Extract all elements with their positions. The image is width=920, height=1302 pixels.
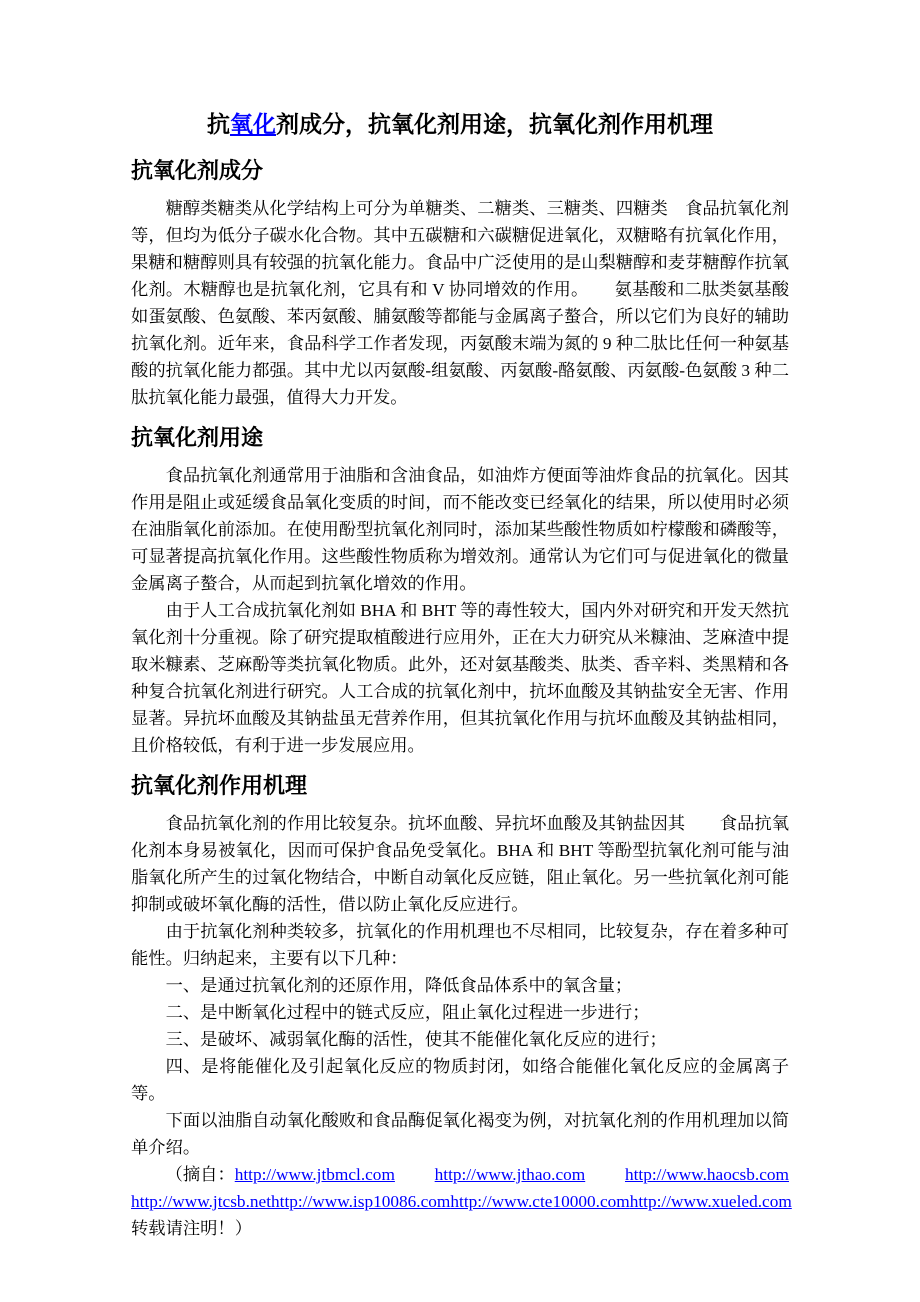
paragraph-mechanism-closing: 下面以油脂自动氧化酸败和食品酶促氧化褐变为例，对抗氧化剂的作用机理加以简单介绍。 [131,1107,789,1161]
list-item-3: 三、是破坏、减弱氧化酶的活性，使其不能催化氧化反应的进行； [131,1026,789,1053]
list-item-4: 四、是将能催化及引起氧化反应的物质封闭，如络合能催化氧化反应的金属离子等。 [131,1053,789,1107]
citation-link-cte10000[interactable]: http://www.cte10000.com [450,1188,629,1215]
citation-suffix: 转载请注明！） [131,1215,789,1242]
citation-link-haocsb[interactable]: http://www.haocsb.com [625,1161,789,1188]
citation-link-xueled[interactable]: http://www.xueled.com [630,1188,792,1215]
citation-prefix-group: （摘自：http://www.jtbmcl.com [131,1161,395,1188]
paragraph-mechanism-2: 由于抗氧化剂种类较多，抗氧化的作用机理也不尽相同，比较复杂，存在着多种可能性。归… [131,918,789,972]
citation-link-jtbmcl[interactable]: http://www.jtbmcl.com [235,1165,395,1184]
paragraph-mechanism-1: 食品抗氧化剂的作用比较复杂。抗坏血酸、异抗坏血酸及其钠盐因其 食品抗氧化剂本身易… [131,810,789,918]
citation-line-2: http://www.jtcsb.net http://www.isp10086… [131,1188,789,1215]
title-suffix: 剂成分，抗氧化剂用途，抗氧化剂作用机理 [276,112,713,137]
citation-link-isp10086[interactable]: http://www.isp10086.com [271,1188,450,1215]
paragraph-uses-1: 食品抗氧化剂通常用于油脂和含油食品，如油炸方便面等油炸食品的抗氧化。因其作用是阻… [131,462,789,597]
title-hyperlink-oxidation[interactable]: 氧化 [230,112,276,137]
citation-link-jtcsb[interactable]: http://www.jtcsb.net [131,1188,271,1215]
section-heading-composition: 抗氧化剂成分 [131,156,789,186]
document-content: 抗氧化剂成分，抗氧化剂用途，抗氧化剂作用机理 抗氧化剂成分 糖醇类糖类从化学结构… [131,106,789,1242]
paragraph-composition-1: 糖醇类糖类从化学结构上可分为单糖类、二糖类、三糖类、四糖类 食品抗氧化剂等，但均… [131,195,789,411]
citation-link-jthao[interactable]: http://www.jthao.com [435,1161,586,1188]
list-item-2: 二、是中断氧化过程中的链式反应，阻止氧化过程进一步进行； [131,999,789,1026]
document-title: 抗氧化剂成分，抗氧化剂用途，抗氧化剂作用机理 [131,106,789,144]
citation-prefix: （摘自： [166,1165,235,1184]
document-page: 抗氧化剂成分，抗氧化剂用途，抗氧化剂作用机理 抗氧化剂成分 糖醇类糖类从化学结构… [0,0,920,1302]
section-heading-uses: 抗氧化剂用途 [131,423,789,453]
paragraph-uses-2: 由于人工合成抗氧化剂如 BHA 和 BHT 等的毒性较大，国内外对研究和开发天然… [131,597,789,759]
citation-line-1: （摘自：http://www.jtbmcl.com http://www.jth… [131,1161,789,1188]
title-prefix: 抗 [207,112,230,137]
section-heading-mechanism: 抗氧化剂作用机理 [131,771,789,801]
list-item-1: 一、是通过抗氧化剂的还原作用，降低食品体系中的氧含量； [131,972,789,999]
